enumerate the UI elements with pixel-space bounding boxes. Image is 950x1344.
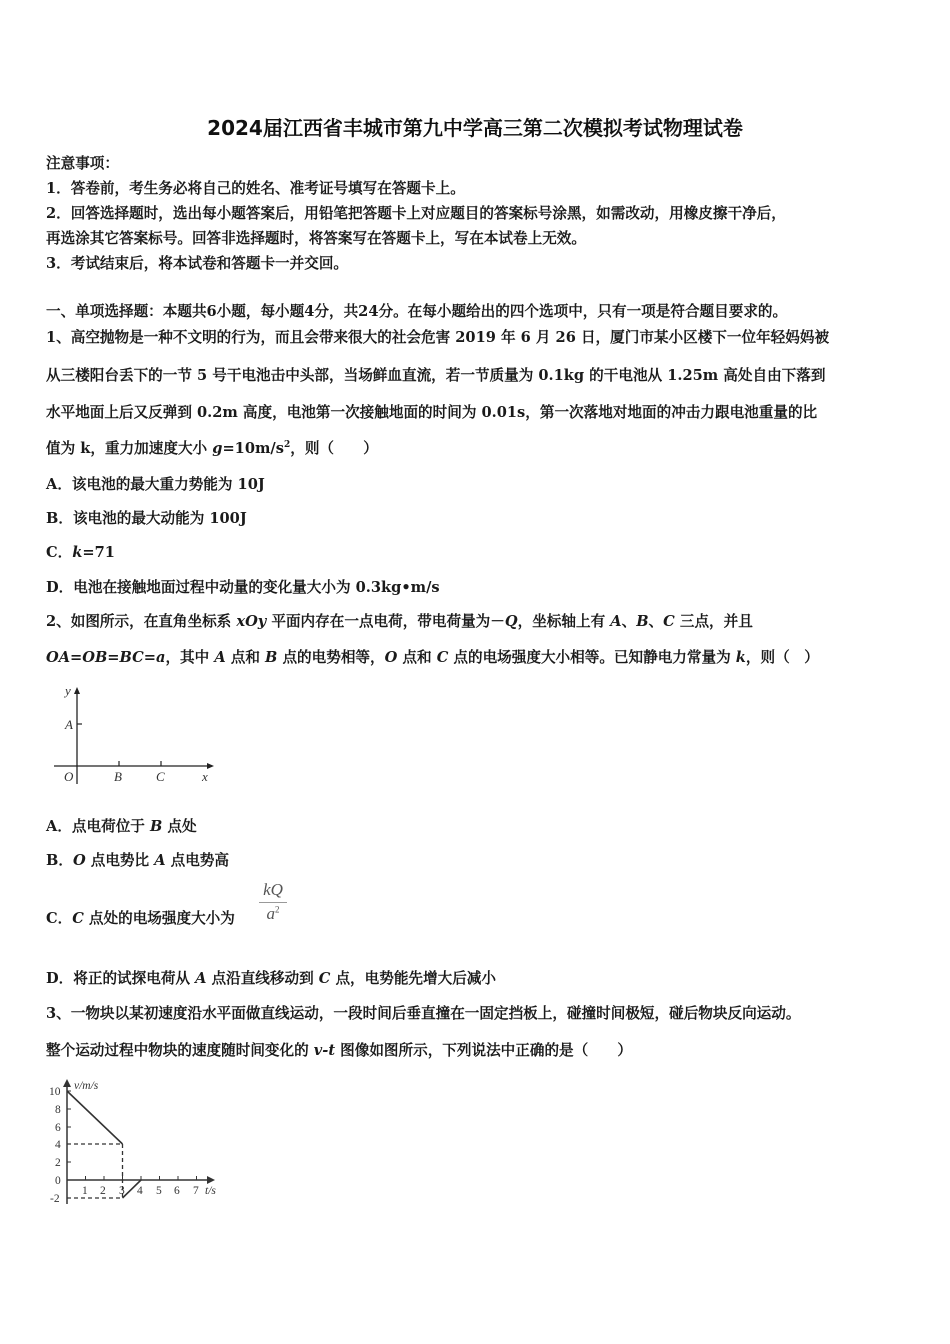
option-label: B．	[46, 852, 73, 869]
y-tick-0: 0	[55, 1175, 61, 1187]
option-text: 点电荷位于	[72, 818, 150, 835]
x-axis-arrow-icon	[207, 763, 214, 769]
option-text: 点电势高	[166, 852, 229, 869]
x-tick-3: 3	[119, 1185, 125, 1197]
fraction-kq-over-a2: kQ a2	[258, 880, 288, 924]
notice-item-3: 3．考试结束后，将本试卷和答题卡一并交回。	[46, 252, 348, 273]
option-text: 该电池的最大动能为 100J	[73, 510, 247, 527]
origin-label: O	[64, 769, 74, 784]
point-a-label: A	[64, 717, 73, 732]
equation: OA=OB=BC=a	[46, 649, 165, 666]
y-tick-4: 4	[55, 1139, 61, 1151]
q1-option-a[interactable]: A．该电池的最大重力势能为 10J	[46, 473, 265, 494]
text: 点和	[226, 649, 265, 666]
fraction-denominator: a2	[258, 903, 288, 924]
text: 点的电场强度大小相等。已知静电力常量为	[448, 649, 735, 666]
var-k: k	[72, 544, 82, 561]
x-tick-7: 7	[193, 1185, 199, 1197]
x-tick-6: 6	[174, 1185, 180, 1197]
q1-stem-line-2: 从三楼阳台丢下的一节 5 号干电池击中头部，当场鲜血直流，若一节质量为 0.1k…	[46, 364, 825, 385]
var-c: C	[437, 649, 449, 666]
series-segment-1	[67, 1091, 123, 1144]
x-tick-1: 1	[82, 1185, 88, 1197]
q3-stem-line-2: 整个运动过程中物块的速度随时间变化的 v-t 图像如图所示，下列说法中正确的是（…	[46, 1039, 632, 1060]
y-axis-label: v/m/s	[74, 1080, 99, 1092]
option-text: 点电势比	[86, 852, 155, 869]
option-label: A．	[46, 818, 72, 835]
var-o: O	[73, 852, 86, 869]
q3-vt-chart: 10 8 6 4 2 0 -2 1 2 3 4 5 6 7 v/m/s t/s	[42, 1076, 232, 1211]
var-c: C	[663, 613, 675, 630]
exam-title: 2024届江西省丰城市第九中学高三第二次模拟考试物理试卷	[0, 112, 950, 141]
var-b: B	[150, 818, 162, 835]
section-heading: 一、单项选择题：本题共6小题，每小题4分，共24分。在每小题给出的四个选项中，只…	[46, 300, 787, 321]
text: 、	[649, 613, 664, 630]
notice-item-2: 2．回答选择题时，选出每小题答案后，用铅笔把答题卡上对应题目的答案标号涂黑，如需…	[46, 202, 786, 223]
notice-item-2-cont: 再选涂其它答案标号。回答非选择题时，将答案写在答题卡上，写在本试卷上无效。	[46, 227, 586, 248]
x-axis-label: t/s	[205, 1185, 216, 1197]
y-tick-6: 6	[55, 1122, 61, 1134]
text: 点的电势相等，	[277, 649, 384, 666]
var-vt: v-t	[314, 1042, 335, 1059]
option-label: D．	[46, 579, 73, 596]
point-b-label: B	[114, 769, 122, 784]
q2-option-a[interactable]: A．点电荷位于 B 点处	[46, 815, 197, 836]
q1-stem-suffix: ，则（ ）	[290, 440, 378, 457]
var-a: a	[267, 904, 276, 923]
var-g: g	[212, 440, 222, 457]
q1-option-b[interactable]: B．该电池的最大动能为 100J	[46, 507, 247, 528]
q2-stem-line-2: OA=OB=BC=a，其中 A 点和 B 点的电势相等，O 点和 C 点的电场强…	[46, 646, 819, 667]
point-c-label: C	[156, 769, 165, 784]
q1-stem-line-1: 1、高空抛物是一种不文明的行为，而且会带来很大的社会危害 2019 年 6 月 …	[46, 326, 829, 347]
q3-stem-line-1: 3、一物块以某初速度沿水平面做直线运动，一段时间后垂直撞在一固定挡板上，碰撞时间…	[46, 1002, 800, 1023]
x-tick-5: 5	[156, 1185, 162, 1197]
option-label: A．	[46, 476, 72, 493]
y-axis-arrow-icon	[74, 687, 80, 694]
q2-stem-line-1: 2、如图所示，在直角坐标系 xOy 平面内存在一点电荷，带电荷量为－Q，坐标轴上…	[46, 610, 753, 631]
text: 图像如图所示，下列说法中正确的是（ ）	[335, 1042, 632, 1059]
var-k: k	[736, 649, 746, 666]
text: ，则（ ）	[746, 649, 819, 666]
option-text: 将正的试探电荷从	[73, 970, 195, 987]
option-text: 该电池的最大重力势能为 10J	[72, 476, 265, 493]
text: 、	[622, 613, 637, 630]
var-xoy: xOy	[236, 613, 266, 630]
x-label: x	[201, 769, 208, 784]
option-text: 点处的电场强度大小为	[84, 910, 235, 927]
notice-heading: 注意事项：	[46, 152, 119, 173]
q1-stem-line-3: 水平地面上后又反弹到 0.2m 高度，电池第一次接触地面的时间为 0.01s，第…	[46, 401, 817, 422]
x-tick-2: 2	[100, 1185, 106, 1197]
x-tick-4: 4	[137, 1185, 143, 1197]
q2-coordinate-figure: y A O B C x	[50, 680, 220, 790]
option-label: C．	[46, 910, 72, 927]
text: 三点，并且	[675, 613, 753, 630]
q1-option-c[interactable]: C．k=71	[46, 541, 115, 562]
y-label: y	[63, 683, 71, 698]
option-label: B．	[46, 510, 73, 527]
v-axis-arrow-icon	[63, 1079, 71, 1087]
var-a: A	[154, 852, 165, 869]
option-text: 点，电势能先增大后减小	[330, 970, 496, 987]
q2-option-c[interactable]: C．C 点处的电场强度大小为	[46, 907, 235, 928]
option-label: C．	[46, 544, 72, 561]
option-label: D．	[46, 970, 73, 987]
text: ，坐标轴上有	[518, 613, 611, 630]
q1-stem-text: 值为 k，重力加速度大小	[46, 440, 212, 457]
var-q: Q	[505, 613, 518, 630]
q2-option-d[interactable]: D．将正的试探电荷从 A 点沿直线移动到 C 点，电势能先增大后减小	[46, 967, 496, 988]
var-c: C	[319, 970, 331, 987]
var-a: A	[214, 649, 225, 666]
notice-item-1: 1．答卷前，考生务必将自己的姓名、准考证号填写在答题卡上。	[46, 177, 465, 198]
var-o: O	[385, 649, 398, 666]
exam-page: 2024届江西省丰城市第九中学高三第二次模拟考试物理试卷 注意事项： 1．答卷前…	[0, 0, 950, 1344]
q1-option-d[interactable]: D．电池在接触地面过程中动量的变化量大小为 0.3kg•m/s	[46, 576, 440, 597]
y-tick-8: 8	[55, 1104, 61, 1116]
text: 点和	[397, 649, 436, 666]
option-text: 点沿直线移动到	[206, 970, 318, 987]
var-a: A	[195, 970, 206, 987]
t-axis-arrow-icon	[207, 1176, 215, 1184]
text: 2、如图所示，在直角坐标系	[46, 613, 236, 630]
y-tick-neg2: -2	[50, 1193, 60, 1205]
option-text: 电池在接触地面过程中动量的变化量大小为 0.3kg•m/s	[73, 579, 439, 596]
fraction-numerator: kQ	[258, 880, 288, 902]
q1-stem-line-4: 值为 k，重力加速度大小 g=10m/s2，则（ ）	[46, 437, 378, 458]
y-tick-2: 2	[55, 1157, 61, 1169]
y-tick-10: 10	[49, 1086, 61, 1098]
text: 平面内存在一点电荷，带电荷量为－	[266, 613, 505, 630]
var-b: B	[636, 613, 648, 630]
var-b: B	[265, 649, 277, 666]
superscript: 2	[275, 904, 280, 914]
text: ，其中	[165, 649, 214, 666]
text: 整个运动过程中物块的速度随时间变化的	[46, 1042, 314, 1059]
option-text: 点处	[162, 818, 196, 835]
q2-option-b[interactable]: B．O 点电势比 A 点电势高	[46, 849, 229, 870]
option-text: =71	[82, 544, 115, 561]
var-c: C	[72, 910, 84, 927]
q1-stem-eq: =10m/s	[222, 440, 284, 457]
var-a: A	[610, 613, 621, 630]
